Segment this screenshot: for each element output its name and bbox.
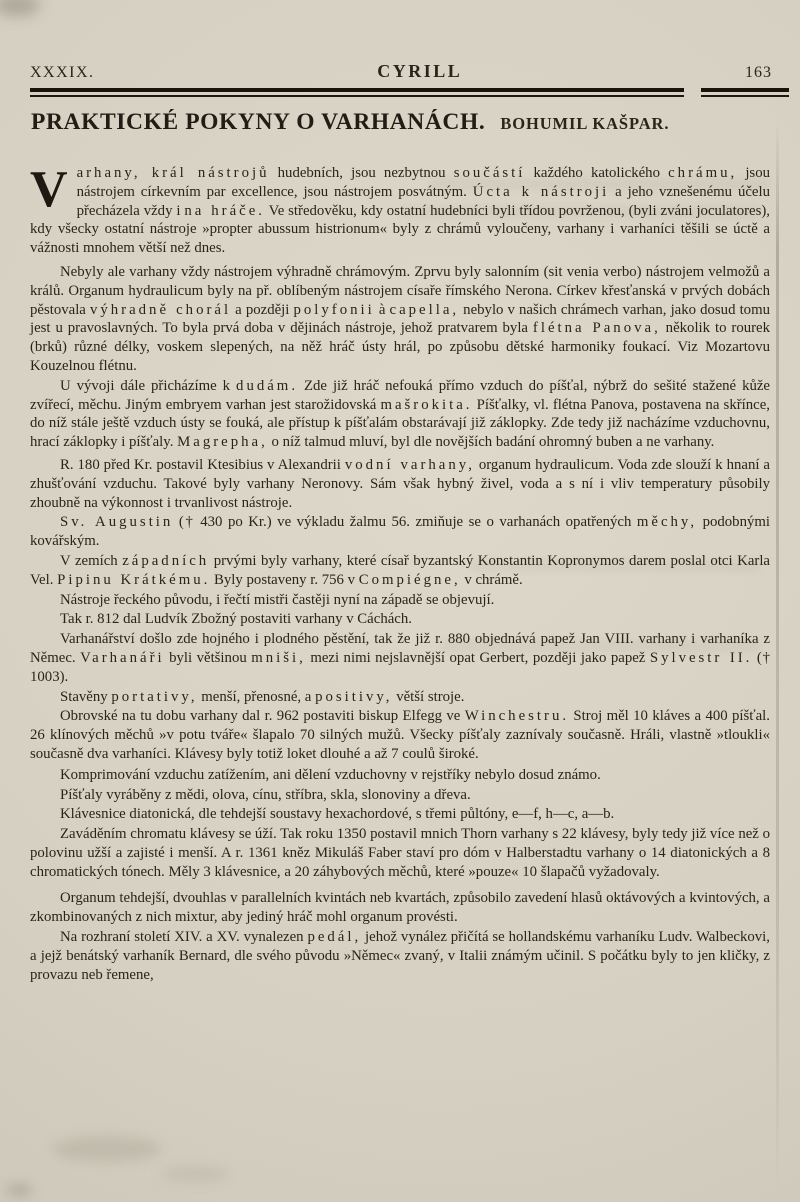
emphasized-text: západních bbox=[122, 553, 209, 569]
body-text: Byly postaveny r. 756 v bbox=[210, 572, 358, 588]
paragraph: Varhanářství došlo zde hojného i plodnéh… bbox=[30, 630, 770, 686]
paragraph: Klávesnice diatonická, dle tehdejší sous… bbox=[30, 805, 770, 824]
body-text: hudebních, jsou nezbytnou bbox=[270, 165, 454, 181]
scanned-journal-page: XXXIX. CYRILL 163 PRAKTICKÉ POKYNY O VAR… bbox=[0, 0, 800, 1202]
emphasized-text: dudám. bbox=[236, 378, 298, 394]
emphasized-text: Úcta k nástroji bbox=[473, 184, 609, 200]
volume-number: XXXIX. bbox=[30, 64, 95, 82]
emphasized-text: vodní varhany, bbox=[345, 457, 475, 473]
emphasized-text: měchy, bbox=[637, 514, 697, 530]
emphasized-text: portativy, bbox=[111, 689, 197, 705]
paragraph: Varhany, král nástrojů hudebních, jsou n… bbox=[30, 164, 770, 258]
body-text: Píšťaly vyráběny z mědi, olova, cínu, st… bbox=[60, 787, 471, 803]
emphasized-text: Varhanáři bbox=[80, 650, 165, 666]
body-text: v chrámě. bbox=[461, 572, 523, 588]
emphasized-text: Compiégne, bbox=[359, 572, 461, 588]
emphasized-text: Pipinu Krátkému. bbox=[57, 572, 210, 588]
body-text: a později bbox=[231, 302, 293, 318]
paragraph: Zaváděním chromatu klávesy se úží. Tak r… bbox=[30, 825, 770, 881]
body-text: Klávesnice diatonická, dle tehdejší sous… bbox=[60, 806, 614, 822]
article-header: PRAKTICKÉ POKYNY O VARHANÁCH. BOHUMIL KA… bbox=[31, 109, 776, 136]
body-text: menší, přenosné, a bbox=[198, 689, 316, 705]
masthead: XXXIX. CYRILL 163 bbox=[30, 61, 772, 82]
body-text: Nástroje řeckého původu, i řečtí mistři … bbox=[60, 592, 494, 608]
body-text: Stavěny bbox=[60, 689, 111, 705]
paragraph: Stavěny portativy, menší, přenosné, a po… bbox=[30, 688, 770, 707]
emphasized-text: flétna Panova, bbox=[533, 320, 661, 336]
body-text: Komprimování vzduchu zatížením, ani děle… bbox=[60, 767, 601, 783]
body-text: Obrovské na tu dobu varhany dal r. 962 p… bbox=[60, 708, 465, 724]
body-text: každého katolického bbox=[525, 165, 668, 181]
paragraph: U vývoji dále přicházíme k dudám. Zde ji… bbox=[30, 377, 770, 452]
body-text: Zaváděním chromatu klávesy se úží. Tak r… bbox=[30, 826, 770, 880]
body-text: Na rozhraní století XIV. a XV. vynalezen bbox=[60, 929, 307, 945]
body-text: mezi nimi nejslavnější opat Gerbert, poz… bbox=[306, 650, 650, 666]
body-text: V zemích bbox=[60, 553, 122, 569]
paragraph: Komprimování vzduchu zatížením, ani děle… bbox=[30, 766, 770, 785]
page-number: 163 bbox=[745, 64, 772, 82]
drop-cap: V bbox=[30, 164, 77, 214]
body-text: větší stroje. bbox=[393, 689, 465, 705]
emphasized-text: arhany, král nástrojů bbox=[77, 165, 270, 181]
body-text: Tak r. 812 dal Ludvík Zbožný postaviti v… bbox=[60, 611, 412, 627]
journal-title: CYRILL bbox=[95, 61, 745, 82]
page-edge-shadow bbox=[776, 120, 779, 1202]
emphasized-text: mašrokita. bbox=[380, 397, 472, 413]
body-text: byli většinou bbox=[165, 650, 252, 666]
paragraph: Nebyly ale varhany vždy nástrojem výhrad… bbox=[30, 263, 770, 376]
paragraph: V zemích západních prvými byly varhany, … bbox=[30, 552, 770, 590]
emphasized-text: capella, bbox=[390, 302, 460, 318]
emphasized-text: pedál, bbox=[307, 929, 361, 945]
body-text: Organum tehdejší, dvouhlas v parallelníc… bbox=[30, 890, 770, 925]
body-text: à bbox=[375, 302, 390, 318]
emphasized-text: Magrepha, bbox=[177, 434, 268, 450]
body-text: o níž talmud mluví, byl dle novějších ba… bbox=[268, 434, 715, 450]
header-rule-left bbox=[30, 88, 684, 97]
paragraph: Píšťaly vyráběny z mědi, olova, cínu, st… bbox=[30, 786, 770, 805]
emphasized-text: Sv. Augustin bbox=[60, 514, 173, 530]
paragraph: Nástroje řeckého původu, i řečtí mistři … bbox=[30, 591, 770, 610]
paper-stain bbox=[6, 1184, 32, 1196]
emphasized-text: mniši, bbox=[251, 650, 306, 666]
scan-corner-smudge bbox=[0, 0, 40, 16]
emphasized-text: Winchestru. bbox=[465, 708, 569, 724]
emphasized-text: polyfonii bbox=[293, 302, 374, 318]
paragraph: Obrovské na tu dobu varhany dal r. 962 p… bbox=[30, 707, 770, 763]
emphasized-text: součástí bbox=[454, 165, 526, 181]
emphasized-text: výhradně chorál bbox=[90, 302, 231, 318]
body-text: († 430 po Kr.) ve výkladu žalmu 56. zmiň… bbox=[173, 514, 637, 530]
paragraph: Na rozhraní století XIV. a XV. vynalezen… bbox=[30, 928, 770, 984]
body-text: R. 180 před Kr. postavil Ktesibius v Ale… bbox=[60, 457, 345, 473]
body-text: U vývoji dále přicházíme k bbox=[60, 378, 236, 394]
header-rule-right bbox=[701, 88, 789, 97]
emphasized-text: chrámu, bbox=[668, 165, 737, 181]
paragraph: R. 180 před Kr. postavil Ktesibius v Ale… bbox=[30, 456, 770, 512]
paragraph: Tak r. 812 dal Ludvík Zbožný postaviti v… bbox=[30, 610, 770, 629]
article-author: BOHUMIL KAŠPAR. bbox=[500, 114, 669, 134]
paragraph: Sv. Augustin († 430 po Kr.) ve výkladu ž… bbox=[30, 513, 770, 551]
emphasized-text: na hráče. bbox=[184, 203, 265, 219]
article-title: PRAKTICKÉ POKYNY O VARHANÁCH. bbox=[31, 109, 485, 136]
article-body: Varhany, král nástrojů hudebních, jsou n… bbox=[30, 164, 770, 985]
paper-stain bbox=[52, 1136, 162, 1162]
paper-stain bbox=[160, 1166, 230, 1182]
emphasized-text: Sylvestr II. bbox=[650, 650, 753, 666]
emphasized-text: positivy, bbox=[315, 689, 392, 705]
paragraph: Organum tehdejší, dvouhlas v parallelníc… bbox=[30, 889, 770, 927]
